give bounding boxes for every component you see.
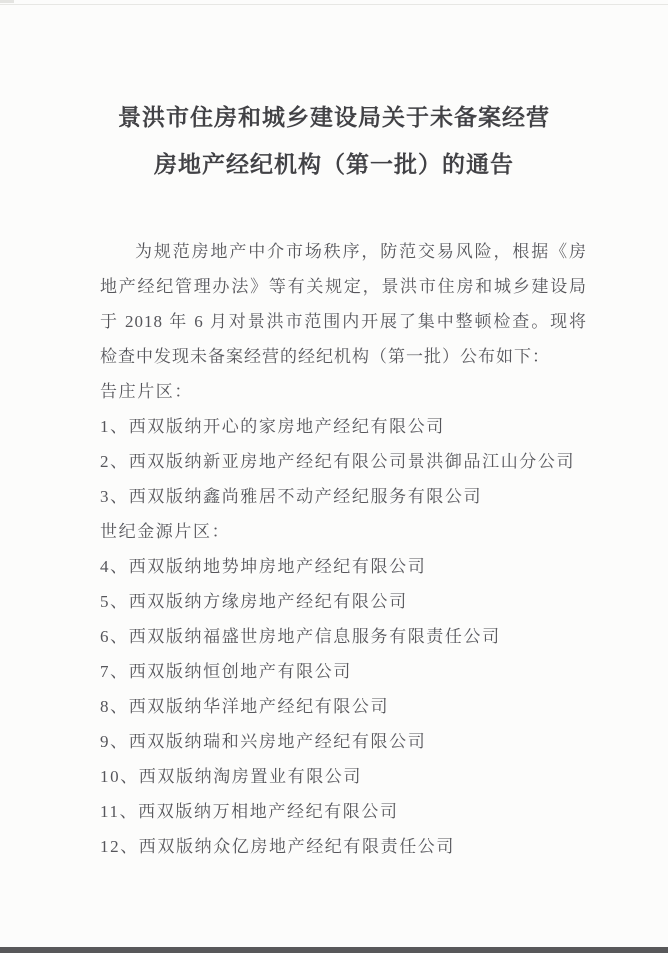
- list-item: 8、西双版纳华洋地产经纪有限公司: [100, 689, 587, 724]
- list-item: 4、西双版纳地势坤房地产经纪有限公司: [100, 549, 587, 584]
- list-item: 3、西双版纳鑫尚雅居不动产经纪服务有限公司: [100, 479, 587, 514]
- paragraph-line: 为规范房地产中介市场秩序，防范交易风险，根据《房: [100, 234, 587, 269]
- notice-title: 景洪市住房和城乡建设局关于未备案经营 房地产经纪机构（第一批）的通告: [0, 0, 668, 188]
- list-item: 6、西双版纳福盛世房地产信息服务有限责任公司: [100, 619, 587, 654]
- list-item: 7、西双版纳恒创地产有限公司: [100, 654, 587, 689]
- paragraph-line: 于 2018 年 6 月对景洪市范围内开展了集中整顿检查。现将: [100, 304, 587, 339]
- scan-artifact-top-line: [0, 4, 668, 5]
- list-item: 9、西双版纳瑞和兴房地产经纪有限公司: [100, 724, 587, 759]
- section-heading-gaozhuang: 告庄片区：: [100, 374, 587, 409]
- list-item: 1、西双版纳开心的家房地产经纪有限公司: [100, 409, 587, 444]
- scan-artifact-bottom-bar: [0, 947, 668, 953]
- paragraph-line: 检查中发现未备案经营的经纪机构（第一批）公布如下：: [100, 339, 587, 374]
- paragraph-line: 地产经纪管理办法》等有关规定，景洪市住房和城乡建设局: [100, 269, 587, 304]
- list-item: 11、西双版纳万相地产经纪有限公司: [100, 794, 587, 829]
- scan-artifact-top-corner: [0, 0, 14, 3]
- section-heading-shijijinyuan: 世纪金源片区：: [100, 514, 587, 549]
- list-item: 2、西双版纳新亚房地产经纪有限公司景洪御品江山分公司: [100, 444, 587, 479]
- list-item: 5、西双版纳方缘房地产经纪有限公司: [100, 584, 587, 619]
- list-item: 12、西双版纳众亿房地产经纪有限责任公司: [100, 829, 587, 864]
- list-item: 10、西双版纳淘房置业有限公司: [100, 759, 587, 794]
- notice-body: 为规范房地产中介市场秩序，防范交易风险，根据《房 地产经纪管理办法》等有关规定，…: [100, 234, 587, 864]
- notice-title-line-1: 景洪市住房和城乡建设局关于未备案经营: [0, 94, 668, 141]
- scanned-notice-page: 景洪市住房和城乡建设局关于未备案经营 房地产经纪机构（第一批）的通告 为规范房地…: [0, 0, 668, 953]
- notice-title-line-2: 房地产经纪机构（第一批）的通告: [0, 141, 668, 188]
